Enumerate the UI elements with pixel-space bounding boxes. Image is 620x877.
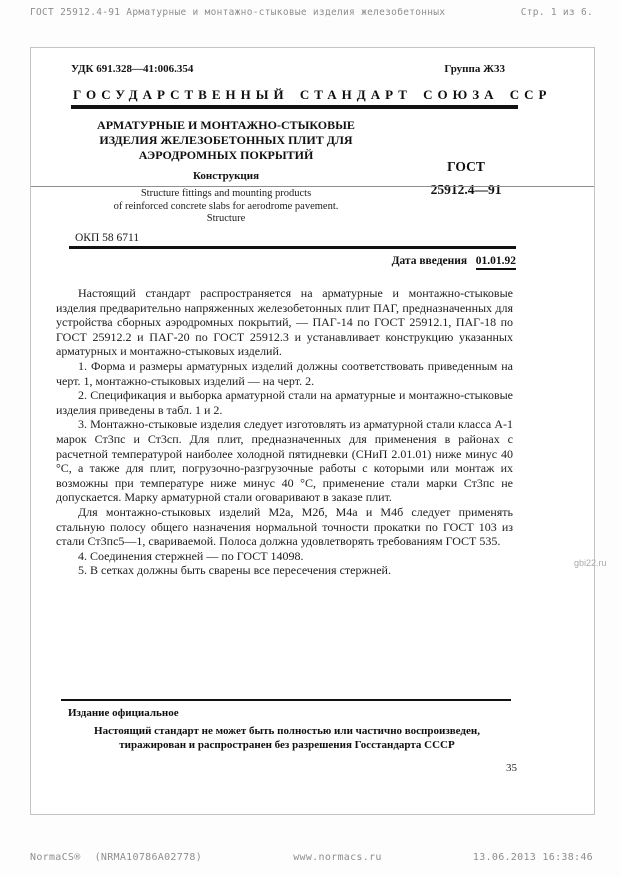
scanned-gost-document: { "scan_header": { "left": "ГОСТ 25912.4… xyxy=(0,0,620,877)
scan-footer-left: NormaCS® (NRMA10786A02778) xyxy=(30,852,202,863)
scan-header-title: ГОСТ 25912.4-91 Арматурные и монтажно-ст… xyxy=(30,7,445,18)
body-paragraph: 1. Форма и размеры арматурных изделий до… xyxy=(56,359,513,388)
body-paragraph: Настоящий стандарт распространяется на а… xyxy=(56,286,513,359)
normacs-site: www.normacs.ru xyxy=(293,852,382,863)
document-title-english: Structure fittings and mounting products… xyxy=(56,188,396,226)
site-watermark: gbi22.ru xyxy=(574,558,607,568)
footer-rule xyxy=(61,699,511,701)
state-standard-heading: ГОСУДАРСТВЕННЫЙ СТАНДАРТ СОЮЗА ССР xyxy=(73,87,519,103)
heading-rule xyxy=(71,105,518,109)
body-paragraph: 4. Соединения стержней — по ГОСТ 14098. xyxy=(56,549,513,564)
edition-note: Издание официальное xyxy=(68,707,179,719)
date-value: 01.01.92 xyxy=(476,255,516,270)
copyright-notice: Настоящий стандарт не может быть полност… xyxy=(61,724,513,752)
page-number: 35 xyxy=(506,762,517,774)
page-divider-line xyxy=(31,186,594,187)
date-label: Дата введения xyxy=(392,255,468,267)
document-body: Настоящий стандарт распространяется на а… xyxy=(56,286,513,578)
scan-header-page-indicator: Стр. 1 из 6. xyxy=(521,7,593,18)
okp-code: ОКП 58 6711 xyxy=(75,232,139,244)
intro-rule xyxy=(69,246,516,249)
normacs-brand: NormaCS® xyxy=(30,852,81,863)
document-subtitle: Конструкция xyxy=(56,170,396,182)
title-column: АРМАТУРНЫЕ И МОНТАЖНО-СТЫКОВЫЕ ИЗДЕЛИЯ Ж… xyxy=(56,118,396,226)
body-paragraph: 3. Монтажно-стыковые изделия следует изг… xyxy=(56,417,513,505)
document-title: АРМАТУРНЫЕ И МОНТАЖНО-СТЫКОВЫЕ ИЗДЕЛИЯ Ж… xyxy=(56,118,396,163)
registration-number: (NRMA10786A02778) xyxy=(95,852,202,863)
body-paragraph: Для монтажно-стыковых изделий М2а, М2б, … xyxy=(56,505,513,549)
body-paragraph: 2. Спецификация и выборка арматурной ста… xyxy=(56,388,513,417)
udk-group-row: УДК 691.328—41:006.354 Группа Ж33 xyxy=(71,63,505,75)
body-paragraph: 5. В сетках должны быть сварены все пере… xyxy=(56,563,513,578)
introduction-date: Дата введения 01.01.92 xyxy=(392,255,516,267)
document-page: УДК 691.328—41:006.354 Группа Ж33 ГОСУДА… xyxy=(30,47,595,815)
gost-number-block: ГОСТ 25912.4—91 xyxy=(376,155,556,201)
scan-header: ГОСТ 25912.4-91 Арматурные и монтажно-ст… xyxy=(30,7,593,18)
group-code: Группа Ж33 xyxy=(444,63,505,75)
scan-footer: NormaCS® (NRMA10786A02778) www.normacs.r… xyxy=(30,852,593,863)
scan-datetime: 13.06.2013 16:38:46 xyxy=(473,852,593,863)
udk-code: УДК 691.328—41:006.354 xyxy=(71,63,193,75)
